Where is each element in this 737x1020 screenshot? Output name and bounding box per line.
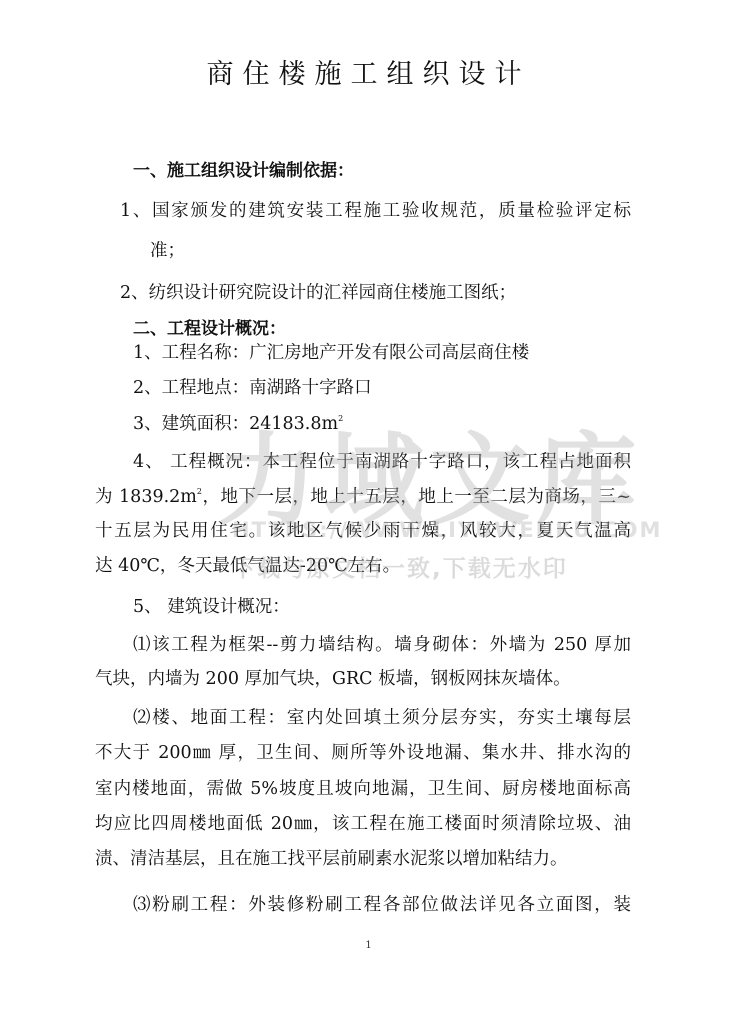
structure-line-1: ⑴该工程为框架--剪力墙结构。墙身砌体：外墙为 250 厚加 xyxy=(133,634,631,656)
project-location: 2、工程地点：南湖路十字路口 xyxy=(133,377,372,399)
architecture-heading: 5、 建筑设计概况： xyxy=(133,596,290,618)
basis-item-1-line-2: 准； xyxy=(150,240,185,262)
floor-line-4: 均应比四周楼地面低 20㎜，该工程在施工楼面时须清除垃圾、油 xyxy=(95,813,631,835)
floor-line-2: 不大于 200㎜ 厚，卫生间、厕所等外设地漏、集水井、排水沟的 xyxy=(95,742,631,764)
overview-line-2: 为 1839.2m2，地下一层，地上十五层，地上一至二层为商场，三~ xyxy=(95,486,631,508)
overview-line-3: 十五层为民用住宅。该地区气候少雨干燥，风较大，夏天气温高 xyxy=(95,520,631,542)
structure-line-2: 气块，内墙为 200 厚加气块，GRC 板墙，钢板网抹灰墙体。 xyxy=(95,668,571,690)
section-heading-basis: 一、施工组织设计编制依据： xyxy=(133,160,354,182)
document-title: 商住楼施工组织设计 xyxy=(0,52,737,91)
building-area-text: 3、建筑面积：24183.8m xyxy=(133,414,338,434)
project-name: 1、工程名称：广汇房地产开发有限公司高层商住楼 xyxy=(133,342,529,364)
building-area: 3、建筑面积：24183.8m2 xyxy=(133,413,343,435)
floor-line-1: ⑵楼、地面工程：室内处回填土须分层夯实，夯实土壤每层 xyxy=(133,707,631,729)
floor-line-5: 渍、清洁基层，且在施工找平层前刷素水泥浆以增加粘结力。 xyxy=(95,848,568,870)
page-number: 1 xyxy=(0,940,737,951)
basis-item-1-line-1: 1、国家颁发的建筑安装工程施工验收规范，质量检验评定标 xyxy=(120,200,631,222)
overview-line-4: 达 40℃，冬天最低气温达-20℃左右。 xyxy=(95,555,400,577)
overview-line-1: 4、 工程概况：本工程位于南湖路十字路口，该工程占地面积 xyxy=(133,451,631,473)
superscript-2: 2 xyxy=(338,414,343,423)
section-heading-overview: 二、工程设计概况： xyxy=(133,318,286,340)
plaster-line-1: ⑶粉刷工程：外装修粉刷工程各部位做法详见各立面图，装 xyxy=(133,894,631,916)
document-page: 商住楼施工组织设计 一、施工组织设计编制依据： 1、国家颁发的建筑安装工程施工验… xyxy=(0,0,737,1020)
floor-line-3: 室内楼地面，需做 5%坡度且坡向地漏，卫生间、厨房楼地面标高 xyxy=(95,778,631,800)
basis-item-2: 2、纺织设计研究院设计的汇祥园商住楼施工图纸； xyxy=(120,282,516,304)
